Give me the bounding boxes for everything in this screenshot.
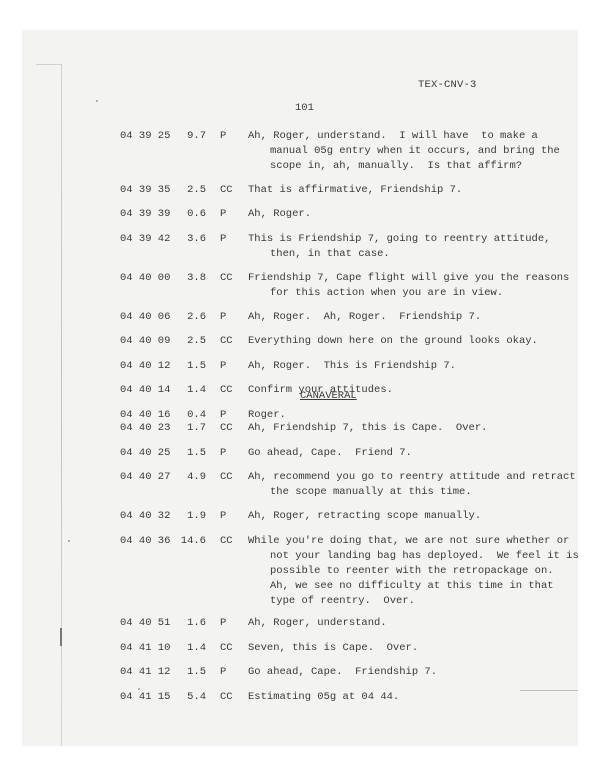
- entry-text: Confirm your attitudes.: [248, 383, 548, 398]
- entry-speaker: CC: [220, 534, 233, 549]
- entry-speaker: CC: [220, 641, 233, 656]
- entry-text-line: Friendship 7, Cape flight will give you …: [248, 271, 548, 286]
- entry-speaker: CC: [220, 690, 233, 705]
- scan-edge-mark: [36, 64, 62, 65]
- entry-time: 04 40 51: [120, 616, 170, 631]
- entry-text: Ah, Roger.: [248, 207, 548, 222]
- entry-speaker: CC: [220, 470, 233, 485]
- entry-time: 04 40 00: [120, 271, 170, 286]
- page-number: 101: [295, 102, 314, 114]
- page-fold-mark: [60, 628, 62, 646]
- entry-text-line: Seven, this is Cape. Over.: [248, 641, 548, 656]
- entry-duration: 14.6: [166, 534, 206, 549]
- section-heading: CANAVERAL: [300, 390, 357, 402]
- entry-duration: 5.4: [166, 690, 206, 705]
- entry-speaker: CC: [220, 383, 233, 398]
- entry-text-line: Ah, Roger. Ah, Roger. Friendship 7.: [248, 310, 548, 325]
- entry-duration: 2.5: [166, 334, 206, 349]
- entry-time: 04 40 06: [120, 310, 170, 325]
- entry-time: 04 41 15: [120, 690, 170, 705]
- entry-text-line: This is Friendship 7, going to reentry a…: [248, 232, 548, 247]
- entry-time: 04 40 09: [120, 334, 170, 349]
- entry-time: 04 41 12: [120, 665, 170, 680]
- entry-text: Estimating 05g at 04 44.: [248, 690, 548, 705]
- entry-text-line: scope in, ah, manually. Is that affirm?: [248, 159, 548, 174]
- entry-text-line: Ah, Roger.: [248, 207, 548, 222]
- entry-text-line: Ah, Friendship 7, this is Cape. Over.: [248, 421, 548, 436]
- entry-speaker: P: [220, 616, 226, 631]
- entry-duration: 1.5: [166, 446, 206, 461]
- entry-text: Ah, Friendship 7, this is Cape. Over.: [248, 421, 548, 436]
- entry-text: That is affirmative, Friendship 7.: [248, 183, 548, 198]
- entry-time: 04 41 10: [120, 641, 170, 656]
- entry-duration: 2.5: [166, 183, 206, 198]
- entry-speaker: P: [220, 509, 226, 524]
- entry-speaker: P: [220, 207, 226, 222]
- entry-text: Ah, Roger, retracting scope manually.: [248, 509, 548, 524]
- entry-text: Friendship 7, Cape flight will give you …: [248, 271, 548, 301]
- entry-duration: 2.6: [166, 310, 206, 325]
- entry-text-line: for this action when you are in view.: [248, 286, 548, 301]
- entry-time: 04 39 35: [120, 183, 170, 198]
- entry-text-line: Ah, Roger. This is Friendship 7.: [248, 359, 548, 374]
- entry-text: Ah, recommend you go to reentry attitude…: [248, 470, 548, 500]
- entry-duration: 1.4: [166, 383, 206, 398]
- document-id: TEX-CNV-3: [418, 79, 477, 91]
- entry-text-line: type of reentry. Over.: [248, 594, 548, 609]
- entry-time: 04 39 25: [120, 129, 170, 144]
- entry-text-line: the scope manually at this time.: [248, 485, 548, 500]
- entry-text-line: not your landing bag has deployed. We fe…: [248, 549, 548, 564]
- entry-speaker: P: [220, 359, 226, 374]
- entry-duration: 1.7: [166, 421, 206, 436]
- entry-speaker: CC: [220, 183, 233, 198]
- entry-text-line: While you're doing that, we are not sure…: [248, 534, 548, 549]
- entry-duration: 1.5: [166, 359, 206, 374]
- entry-duration: 4.9: [166, 470, 206, 485]
- entry-text-line: Ah, recommend you go to reentry attitude…: [248, 470, 548, 485]
- entry-duration: 1.4: [166, 641, 206, 656]
- entry-text-line: then, in that case.: [248, 247, 548, 262]
- entry-time: 04 40 12: [120, 359, 170, 374]
- entry-text: Ah, Roger, understand.: [248, 616, 548, 631]
- entry-text-line: Confirm your attitudes.: [248, 383, 548, 398]
- entry-time: 04 39 39: [120, 207, 170, 222]
- entry-time: 04 40 32: [120, 509, 170, 524]
- entry-duration: 3.8: [166, 271, 206, 286]
- entry-time: 04 40 25: [120, 446, 170, 461]
- entry-duration: 0.6: [166, 207, 206, 222]
- entry-text-line: Ah, we see no difficulty at this time in…: [248, 579, 548, 594]
- entry-text: This is Friendship 7, going to reentry a…: [248, 232, 548, 262]
- entry-text: Ah, Roger. Ah, Roger. Friendship 7.: [248, 310, 548, 325]
- entry-text-line: Go ahead, Cape. Friendship 7.: [248, 665, 548, 680]
- entry-speaker: CC: [220, 421, 233, 436]
- entry-speaker: P: [220, 446, 226, 461]
- entry-text-line: Ah, Roger, understand. I will have to ma…: [248, 129, 548, 144]
- entry-time: 04 40 14: [120, 383, 170, 398]
- entry-text-line: Everything down here on the ground looks…: [248, 334, 548, 349]
- entry-text: Ah, Roger, understand. I will have to ma…: [248, 129, 548, 174]
- entry-text-line: possible to reenter with the retropackag…: [248, 564, 548, 579]
- entry-text-line: Ah, Roger, understand.: [248, 616, 548, 631]
- entry-speaker: CC: [220, 334, 233, 349]
- entry-text: Ah, Roger. This is Friendship 7.: [248, 359, 548, 374]
- entry-text: While you're doing that, we are not sure…: [248, 534, 548, 609]
- entry-text: Everything down here on the ground looks…: [248, 334, 548, 349]
- scan-speck: [68, 540, 70, 542]
- entry-text-line: manual 05g entry when it occurs, and bri…: [248, 144, 548, 159]
- entry-text-line: That is affirmative, Friendship 7.: [248, 183, 548, 198]
- entry-time: 04 40 23: [120, 421, 170, 436]
- entry-speaker: P: [220, 129, 226, 144]
- entry-duration: 1.9: [166, 509, 206, 524]
- entry-time: 04 40 27: [120, 470, 170, 485]
- entry-speaker: P: [220, 232, 226, 247]
- entry-speaker: P: [220, 310, 226, 325]
- entry-speaker: P: [220, 665, 226, 680]
- entry-time: 04 39 42: [120, 232, 170, 247]
- entry-duration: 3.6: [166, 232, 206, 247]
- entry-duration: 1.6: [166, 616, 206, 631]
- entry-text-line: Ah, Roger, retracting scope manually.: [248, 509, 548, 524]
- entry-time: 04 40 36: [120, 534, 170, 549]
- entry-text: Go ahead, Cape. Friendship 7.: [248, 665, 548, 680]
- entry-duration: 1.5: [166, 665, 206, 680]
- entry-text-line: Go ahead, Cape. Friend 7.: [248, 446, 548, 461]
- entry-text-line: Estimating 05g at 04 44.: [248, 690, 548, 705]
- scan-speck: [96, 100, 98, 102]
- entry-text: Go ahead, Cape. Friend 7.: [248, 446, 548, 461]
- entry-duration: 9.7: [166, 129, 206, 144]
- entry-speaker: CC: [220, 271, 233, 286]
- entry-text: Seven, this is Cape. Over.: [248, 641, 548, 656]
